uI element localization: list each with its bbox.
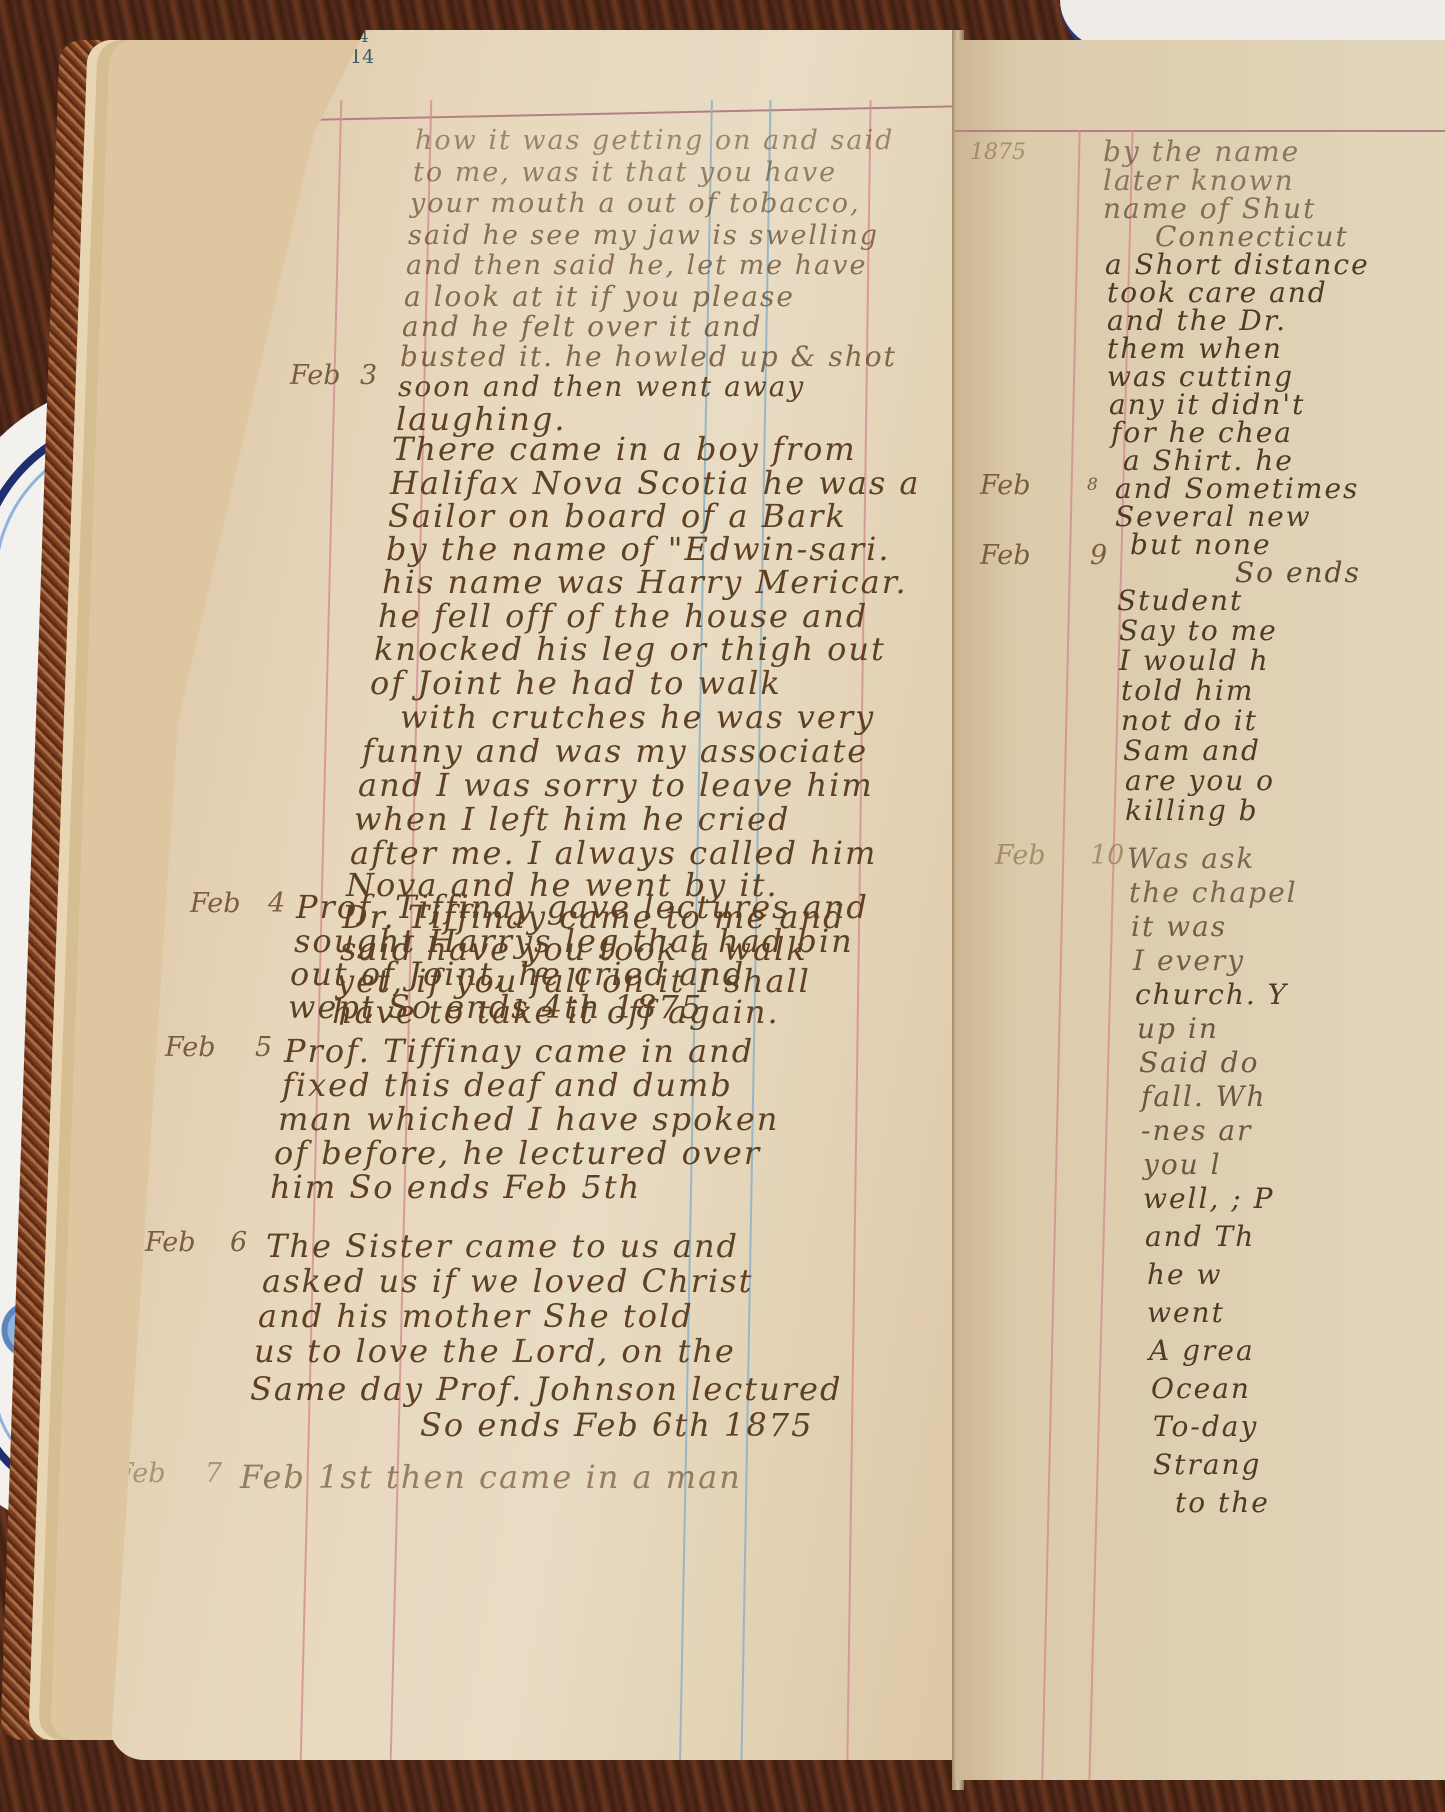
text-line: killing b <box>1125 794 1259 827</box>
text-line: and he felt over it and <box>402 310 762 343</box>
text-line: it was <box>1131 910 1227 943</box>
text-line: with crutches he was very <box>400 698 875 736</box>
date-column-rule <box>1041 130 1080 1780</box>
text-line: Same day Prof. Johnson lectured <box>250 1370 842 1408</box>
text-line: Prof. Tiffinay gave lectures and <box>296 888 869 926</box>
text-line: Prof. Tiffinay came in and <box>284 1032 754 1070</box>
text-line: -nes ar <box>1141 1114 1252 1147</box>
text-line: your mouth a out of tobacco, <box>410 188 861 219</box>
text-line: So ends <box>1235 556 1361 589</box>
date-day: 9 <box>1090 540 1107 571</box>
text-line: Ocean <box>1151 1372 1251 1405</box>
text-line: fixed this deaf and dumb <box>282 1066 733 1104</box>
text-line: the chapel <box>1129 876 1298 909</box>
text-line: knocked his leg or thigh out <box>374 630 886 668</box>
text-line: him So ends Feb 5th <box>270 1168 641 1206</box>
text-line: and Th <box>1145 1220 1255 1253</box>
text-line: soon and then went away <box>398 370 805 403</box>
text-line: a look at it if you please <box>404 280 795 313</box>
text-line: Was ask <box>1127 842 1255 875</box>
text-line: us to love the Lord, on the <box>254 1332 736 1370</box>
text-line: man whiched I have spoken <box>278 1100 779 1138</box>
text-line: So ends Feb 6th 1875 <box>420 1406 813 1444</box>
text-line: his name was Harry Mericar. <box>382 563 908 601</box>
text-line: said he see my jaw is swelling <box>408 220 879 251</box>
text-line: Student <box>1117 584 1243 617</box>
date-day: 7 <box>205 1458 222 1489</box>
text-line: well, ; P <box>1143 1182 1274 1215</box>
date-month: Feb <box>165 1032 216 1063</box>
text-line: and then said he, let me have <box>406 250 867 281</box>
text-line: of Joint he had to walk <box>370 664 782 702</box>
text-line: and his mother She told <box>258 1297 694 1335</box>
text-line: To-day <box>1153 1410 1258 1443</box>
text-line: of before, he lectured over <box>274 1134 761 1172</box>
year-label: 1875 <box>970 140 1026 165</box>
text-line: how it was getting on and said <box>415 125 894 156</box>
date-day: 8 <box>1087 475 1098 495</box>
date-day: 10 <box>1090 840 1124 871</box>
date-day: 4 <box>268 888 285 919</box>
date-month: Feb <box>290 360 341 391</box>
text-line: when I left him he cried <box>354 800 791 838</box>
text-line: The Sister came to us and <box>266 1227 739 1265</box>
text-line: went <box>1147 1296 1225 1329</box>
text-line: funny and was my associate <box>362 732 868 770</box>
text-line: Sam and <box>1123 734 1261 767</box>
date-month: Feb <box>980 470 1031 501</box>
page-number-small: 4 <box>358 30 369 46</box>
date-month: Feb <box>980 540 1031 571</box>
date-day: 3 <box>360 360 377 391</box>
text-line: you l <box>1143 1148 1222 1181</box>
text-line: Say to me <box>1119 614 1278 647</box>
text-line: not do it <box>1121 704 1258 737</box>
text-line: busted it. he howled up & shot <box>400 340 897 373</box>
text-line: up in <box>1137 1012 1219 1045</box>
date-day: 6 <box>230 1227 247 1258</box>
right-page: 1875 Feb 8 Feb 9 Feb 10 by the name late… <box>955 40 1445 1780</box>
text-line: Strang <box>1153 1448 1261 1481</box>
text-line: to me, was it that you have <box>413 157 837 188</box>
text-line: I every <box>1133 944 1245 977</box>
text-line: There came in a boy from <box>392 430 857 468</box>
text-line: I would h <box>1119 644 1270 677</box>
text-line: are you o <box>1125 764 1275 797</box>
text-line: fall. Wh <box>1141 1080 1267 1113</box>
text-line: wept So ends 4th 1875 <box>288 988 703 1026</box>
text-line: and I was sorry to leave him <box>358 766 874 804</box>
text-line: Feb 1st then came in a man <box>240 1458 742 1496</box>
text-line: he w <box>1147 1258 1222 1291</box>
date-month: Feb <box>190 888 241 919</box>
text-line: asked us if we loved Christ <box>262 1262 754 1300</box>
text-line: told him <box>1121 674 1254 707</box>
header-rule <box>310 105 960 121</box>
header-rule <box>955 130 1445 132</box>
text-line: to the <box>1175 1486 1270 1519</box>
text-line: Said do <box>1139 1046 1259 1079</box>
text-line: A grea <box>1149 1334 1255 1367</box>
date-day: 5 <box>255 1032 272 1063</box>
date-month: Feb <box>995 840 1046 871</box>
date-month: Feb <box>145 1227 196 1258</box>
text-line: church. Y <box>1135 978 1288 1011</box>
